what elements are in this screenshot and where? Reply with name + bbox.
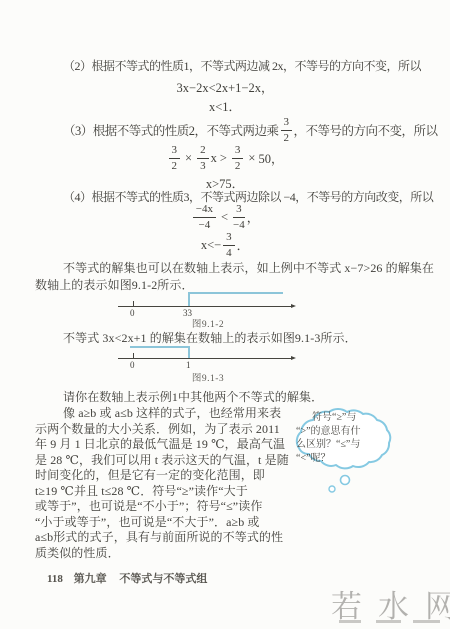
axis-arrow-icon	[291, 356, 296, 360]
bubble-line: “<”呢？	[296, 452, 398, 466]
step4-equation-2: x<− 3 4 ．	[30, 230, 420, 260]
equation-text: 50，	[258, 149, 283, 167]
axis-arrow-icon	[291, 304, 296, 308]
fraction: 3 2	[281, 116, 292, 144]
figure-9-1-3: 0 1 图9.1-3	[116, 340, 300, 382]
symbols-paragraph-line: 示两个数量的大小关系．例如，为了表示 2011	[35, 420, 280, 437]
tick-label: 0	[130, 360, 135, 370]
solution-ray	[130, 346, 189, 348]
step4-equation-1: −4x −4 < 3 −4 ，	[30, 202, 420, 232]
thought-bubble-text: 符号“≥”与 “>”的意思有什 么区别？“≤”与 “<”呢？	[296, 411, 398, 465]
tick-label: 1	[186, 360, 191, 370]
equation-text: ．	[237, 236, 250, 254]
symbols-paragraph-line: 时间变化的，但是它有一定的变化范围，即	[35, 466, 265, 483]
symbols-paragraph-line: t≥19 ℃并且 t≤28 ℃．符号“≥”读作“大于	[35, 482, 248, 499]
figure-9-1-2: 0 33 图9.1-2	[116, 288, 300, 328]
solution-paragraph-line1: 不等式的解集也可以在数轴上表示，如上例中不等式 x−7>26 的解集在	[63, 259, 434, 276]
figure-caption: 图9.1-2	[116, 316, 300, 330]
bubble-line: “>”的意思有什	[296, 425, 398, 439]
step3-equation-1: 3 2 × 2 3 x > 3 2 × 50，	[30, 143, 420, 173]
symbols-paragraph-line: a≤b形式的式子，具有与前面所说的不等式的性	[35, 528, 283, 545]
times-sign: ×	[248, 151, 255, 166]
bubble-line: 么区别？“≤”与	[296, 438, 398, 452]
watermark-subtext	[413, 620, 440, 623]
solution-ray-vertical	[188, 292, 190, 306]
textbook-page: （2）根据不等式的性质1，不等式两边减 2x，不等号的方向不变，所以 3x−2x…	[0, 0, 450, 629]
fraction: 2 3	[197, 144, 209, 172]
step2-equation-2: x<1．	[30, 97, 420, 115]
figure-caption: 图9.1-3	[116, 370, 300, 384]
tick-zero	[133, 301, 134, 307]
page-footer: 118 第九章 不等式与不等式组	[47, 570, 207, 586]
bubble-line: 符号“≥”与	[296, 411, 398, 425]
number-line-axis	[118, 358, 291, 359]
symbols-paragraph-line: 或等于”，也可说是“不小于”；符号“≤”读作	[35, 497, 262, 514]
fraction: 3 2	[232, 144, 244, 172]
tick-zero	[133, 353, 134, 359]
symbols-paragraph-line: “小于或等于”，也可说是“不大于”．a≥b 或	[35, 513, 260, 530]
step2-intro: （2）根据不等式的性质1，不等式两边减 2x，不等号的方向不变，所以	[63, 57, 421, 74]
symbols-paragraph-line: 是 28 ℃，我们可以用 t 表示这天的气温，t 是随	[35, 451, 289, 468]
intro-text: ，不等号的方向不变，所以	[294, 121, 438, 139]
times-sign: ×	[185, 151, 192, 166]
equation-text: 3x−2x<2x+1−2x，	[177, 78, 274, 96]
step2-equation-1: 3x−2x<2x+1−2x，	[30, 78, 420, 96]
chapter-title: 不等式与不等式组	[119, 573, 207, 585]
fraction: 3 4	[223, 231, 235, 259]
symbols-paragraph-line: 像 a≥b 或 a≤b 这样的式子，也经常用来表	[63, 404, 281, 421]
chapter-label: 第九章	[74, 573, 107, 585]
fraction: 3 −4	[233, 203, 245, 231]
equation-text: ，	[247, 208, 260, 226]
relation-sign: <	[221, 210, 228, 225]
page-number: 118	[47, 573, 63, 585]
fraction: 3 2	[169, 144, 181, 172]
fraction: −4x −4	[193, 203, 216, 231]
watermark-subtext	[339, 620, 361, 623]
solution-ray-vertical	[188, 346, 190, 358]
symbols-paragraph-line: 年 9 月 1 日北京的最低气温是 19 ℃，最高气温	[35, 435, 285, 452]
watermark-subtext	[376, 620, 401, 623]
intro-text: （3）根据不等式的性质2，不等式两边乘	[63, 121, 279, 139]
number-line-axis	[118, 306, 291, 307]
variable: x	[211, 151, 217, 166]
equation-text: x<1．	[209, 97, 241, 115]
solution-ray	[188, 292, 283, 294]
step3-intro: （3）根据不等式的性质2，不等式两边乘 3 2 ，不等号的方向不变，所以	[63, 117, 423, 143]
equation-text: x<−	[201, 238, 221, 253]
symbols-paragraph-line: 质类似的性质．	[35, 544, 120, 561]
relation-sign: >	[220, 151, 227, 166]
